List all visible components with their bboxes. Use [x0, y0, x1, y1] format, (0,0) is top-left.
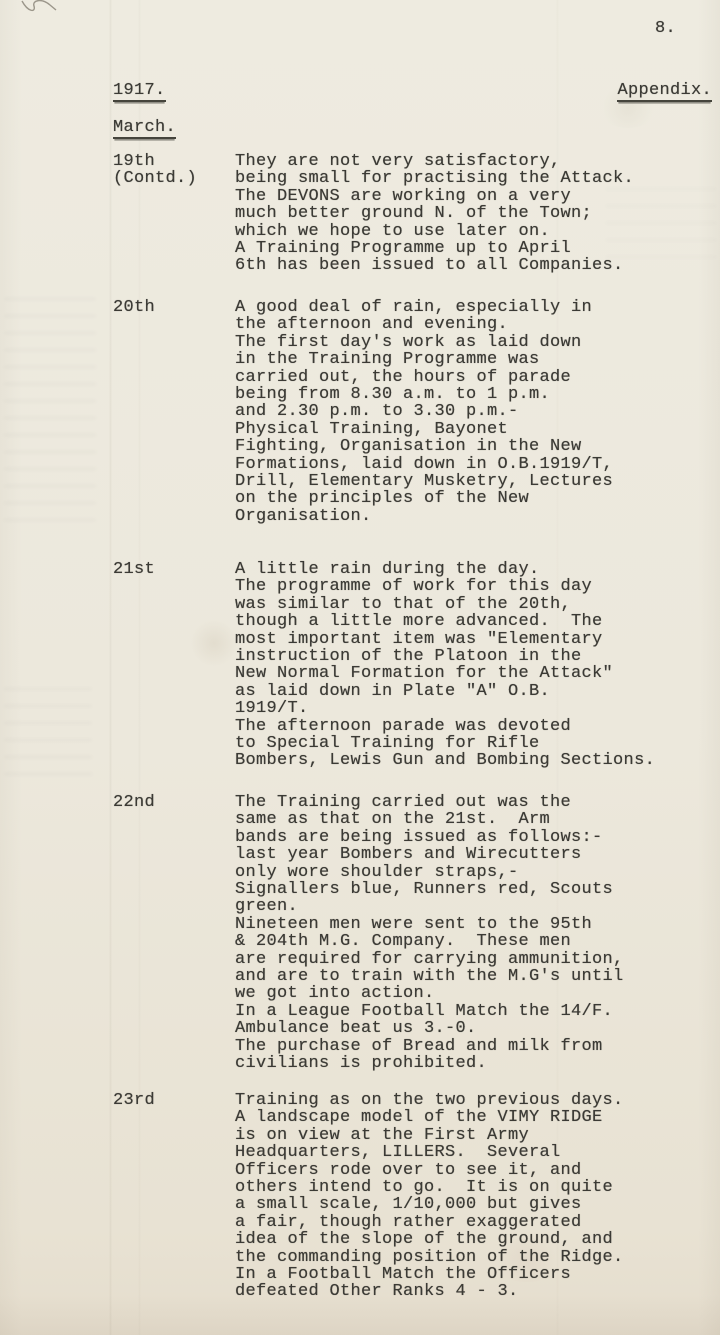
- year-heading: 1917.: [113, 82, 166, 102]
- entry-date: 22nd: [113, 794, 235, 1073]
- diary-entry-22nd: 22nd The Training carried out was the sa…: [113, 794, 686, 1073]
- diary-entry-19th: 19th (Contd.) They are not very satisfac…: [113, 153, 686, 275]
- showthrough-text-smudge: [4, 298, 96, 533]
- year-heading-text: 1917.: [113, 82, 166, 102]
- diary-entry-21st: 21st A little rain during the day. The p…: [113, 561, 686, 770]
- month-heading-text: March.: [113, 119, 176, 139]
- entry-text: A little rain during the day. The progra…: [235, 561, 686, 770]
- entry-text: They are not very satisfactory, being sm…: [235, 153, 686, 275]
- entry-text: Training as on the two previous days. A …: [235, 1092, 686, 1301]
- diary-page: 8. 1917. Appendix. March. 19th (Contd.) …: [0, 0, 720, 1335]
- appendix-heading-text: Appendix.: [617, 82, 712, 102]
- entry-date: 23rd: [113, 1092, 235, 1301]
- entry-date: 20th: [113, 299, 235, 525]
- month-heading: March.: [113, 119, 176, 139]
- showthrough-text-smudge: [4, 688, 92, 788]
- entry-date: 19th (Contd.): [113, 153, 235, 275]
- diary-entry-23rd: 23rd Training as on the two previous day…: [113, 1092, 686, 1301]
- entry-date: 21st: [113, 561, 235, 770]
- diary-entry-20th: 20th A good deal of rain, especially in …: [113, 299, 686, 525]
- pen-mark-icon: [16, 0, 64, 20]
- appendix-heading: Appendix.: [617, 82, 712, 102]
- page-number: 8.: [655, 20, 676, 37]
- entry-text: A good deal of rain, especially in the a…: [235, 299, 686, 525]
- entry-text: The Training carried out was the same as…: [235, 794, 686, 1073]
- paper-crease: [109, 0, 112, 1335]
